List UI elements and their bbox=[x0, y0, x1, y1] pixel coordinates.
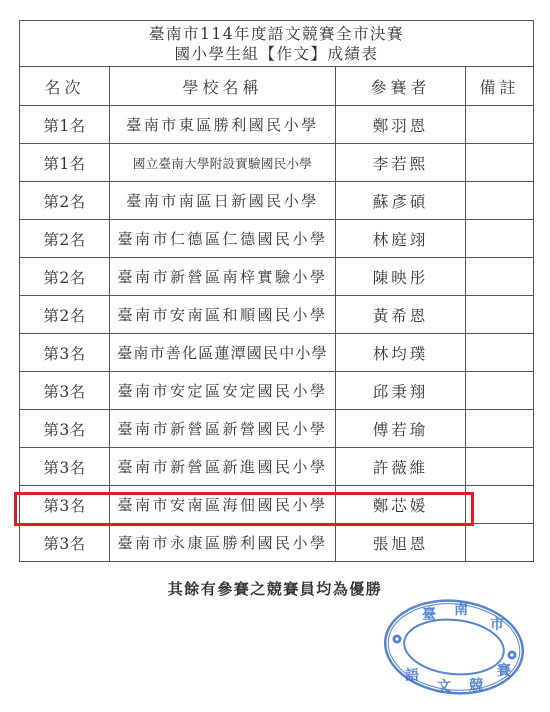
table-row: 第3名 臺南市永康區勝利國民小學 張旭恩 bbox=[20, 524, 534, 562]
note-cell bbox=[466, 524, 534, 562]
participant-cell: 林庭翊 bbox=[336, 220, 466, 258]
column-header-participant: 參賽者 bbox=[336, 67, 466, 106]
table-row: 第1名 臺南市東區勝利國民小學 鄭羽恩 bbox=[20, 106, 534, 144]
rank-cell: 第3名 bbox=[20, 372, 110, 410]
stamp-char: 市 bbox=[490, 616, 504, 633]
school-cell: 臺南市南區日新國民小學 bbox=[110, 182, 336, 220]
table-row: 第3名 臺南市安定區安定國民小學 邱秉翔 bbox=[20, 372, 534, 410]
participant-cell: 陳映彤 bbox=[336, 258, 466, 296]
school-cell: 臺南市安南區海佃國民小學 bbox=[110, 486, 336, 524]
table-title: 臺南市114年度語文競賽全市決賽 國小學生組【作文】成績表 bbox=[20, 21, 534, 67]
note-cell bbox=[466, 106, 534, 144]
table-row: 第2名 臺南市新營區南梓實驗小學 陳映彤 bbox=[20, 258, 534, 296]
school-cell: 臺南市新營區新營國民小學 bbox=[110, 410, 336, 448]
note-cell bbox=[466, 410, 534, 448]
table-row: 第3名 臺南市新營區新營國民小學 傅若瑜 bbox=[20, 410, 534, 448]
stamp-char: 臺 bbox=[422, 606, 436, 623]
table-row: 第1名 國立臺南大學附設實驗國民小學 李若熙 bbox=[20, 144, 534, 182]
rank-cell: 第3名 bbox=[20, 334, 110, 372]
stamp-char: 競 bbox=[469, 677, 483, 694]
participant-cell: 鄭羽恩 bbox=[336, 106, 466, 144]
column-header-note: 備註 bbox=[466, 67, 534, 106]
column-header-school: 學校名稱 bbox=[110, 67, 336, 106]
table-row: 第3名 臺南市新營區新進國民小學 許薇維 bbox=[20, 448, 534, 486]
note-cell bbox=[466, 334, 534, 372]
note-cell bbox=[466, 448, 534, 486]
school-cell: 臺南市仁德區仁德國民小學 bbox=[110, 220, 336, 258]
school-cell: 臺南市新營區南梓實驗小學 bbox=[110, 258, 336, 296]
header-row: 名次 學校名稱 參賽者 備註 bbox=[20, 67, 534, 106]
rank-cell: 第2名 bbox=[20, 296, 110, 334]
note-cell bbox=[466, 182, 534, 220]
rank-cell: 第3名 bbox=[20, 524, 110, 562]
school-cell: 臺南市安定區安定國民小學 bbox=[110, 372, 336, 410]
note-cell bbox=[466, 486, 534, 524]
footer-note: 其餘有參賽之競賽員均為優勝 bbox=[0, 578, 550, 599]
rank-cell: 第2名 bbox=[20, 220, 110, 258]
school-cell: 臺南市東區勝利國民小學 bbox=[110, 106, 336, 144]
school-cell: 臺南市善化區蓮潭國民中小學 bbox=[110, 334, 336, 372]
school-cell: 臺南市新營區新進國民小學 bbox=[110, 448, 336, 486]
stamp-char: 文 bbox=[437, 678, 451, 695]
title-line-1: 臺南市114年度語文競賽全市決賽 bbox=[20, 24, 533, 44]
column-header-rank: 名次 bbox=[20, 67, 110, 106]
rank-cell: 第3名 bbox=[20, 448, 110, 486]
rank-cell: 第1名 bbox=[20, 144, 110, 182]
rank-cell: 第2名 bbox=[20, 258, 110, 296]
participant-cell: 邱秉翔 bbox=[336, 372, 466, 410]
stamp-char: 語 bbox=[405, 667, 419, 684]
rank-cell: 第2名 bbox=[20, 182, 110, 220]
participant-cell: 蘇彥碩 bbox=[336, 182, 466, 220]
participant-cell: 許薇維 bbox=[336, 448, 466, 486]
note-cell bbox=[466, 258, 534, 296]
rank-cell: 第3名 bbox=[20, 410, 110, 448]
note-cell bbox=[466, 220, 534, 258]
participant-cell: 林均璞 bbox=[336, 334, 466, 372]
rank-cell: 第3名 bbox=[20, 486, 110, 524]
results-table: 臺南市114年度語文競賽全市決賽 國小學生組【作文】成績表 名次 學校名稱 參賽… bbox=[19, 20, 534, 562]
table-row: 第3名 臺南市善化區蓮潭國民中小學 林均璞 bbox=[20, 334, 534, 372]
table-row: 第2名 臺南市南區日新國民小學 蘇彥碩 bbox=[20, 182, 534, 220]
school-cell: 臺南市永康區勝利國民小學 bbox=[110, 524, 336, 562]
note-cell bbox=[466, 372, 534, 410]
participant-cell: 張旭恩 bbox=[336, 524, 466, 562]
participant-cell: 黃希恩 bbox=[336, 296, 466, 334]
table-row: 第2名 臺南市安南區和順國民小學 黃希恩 bbox=[20, 296, 534, 334]
participant-cell: 傅若瑜 bbox=[336, 410, 466, 448]
stamp-char: 賽 bbox=[497, 662, 512, 679]
school-cell: 臺南市安南區和順國民小學 bbox=[110, 296, 336, 334]
rank-cell: 第1名 bbox=[20, 106, 110, 144]
stamp-char: 南 bbox=[454, 601, 468, 618]
note-cell bbox=[466, 296, 534, 334]
table-row-highlighted: 第3名 臺南市安南區海佃國民小學 鄭芯媛 bbox=[20, 486, 534, 524]
participant-cell: 鄭芯媛 bbox=[336, 486, 466, 524]
school-cell: 國立臺南大學附設實驗國民小學 bbox=[110, 144, 336, 182]
note-cell bbox=[466, 144, 534, 182]
title-line-2: 國小學生組【作文】成績表 bbox=[20, 44, 533, 64]
participant-cell: 李若熙 bbox=[336, 144, 466, 182]
official-seal-stamp: 臺 南 市 語 文 競 賽 bbox=[382, 597, 526, 697]
table-row: 第2名 臺南市仁德區仁德國民小學 林庭翊 bbox=[20, 220, 534, 258]
